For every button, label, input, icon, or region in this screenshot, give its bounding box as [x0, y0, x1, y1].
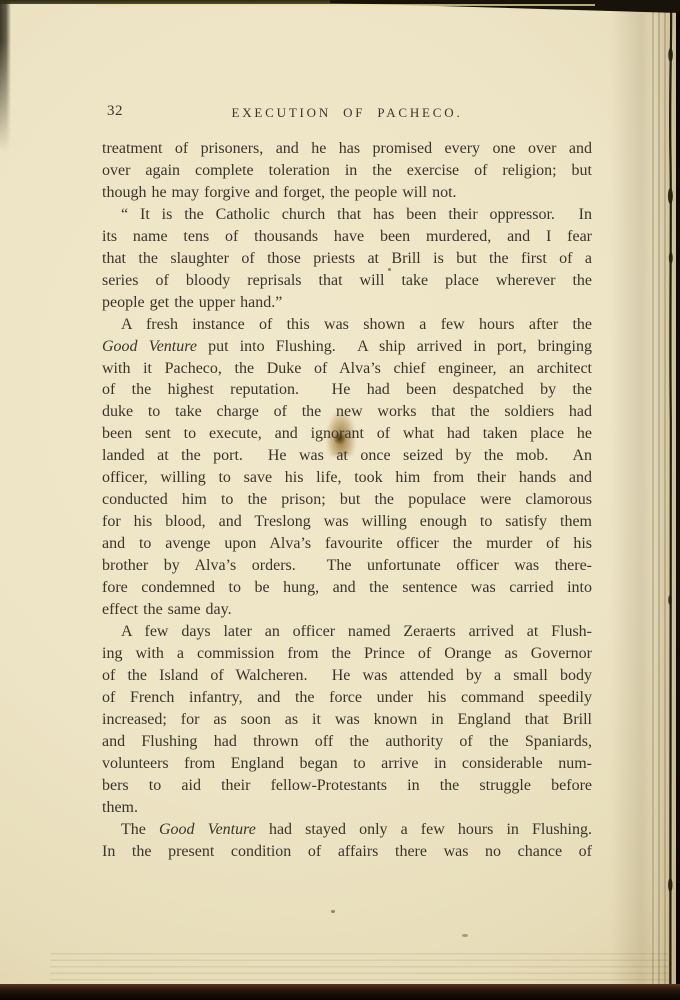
text-line: of the highest reputation. He had been d…: [102, 379, 592, 401]
paragraph: A few days later an officer named Zeraer…: [102, 621, 592, 819]
scan-right-border: [676, 0, 680, 1000]
text-line: conducted him to the prison; but the pop…: [102, 489, 592, 511]
text-line: The Good Venture had stayed only a few h…: [102, 819, 592, 841]
text-line: Good Venture put into Flushing. A ship a…: [102, 336, 592, 358]
text-line: brother by Alva’s orders. The unfortunat…: [102, 555, 592, 577]
text-line: effect the same day.: [102, 599, 592, 621]
paragraph: “ It is the Catholic church that has bee…: [102, 204, 592, 314]
text-line: “ It is the Catholic church that has bee…: [102, 204, 592, 226]
page-top-edge-highlight: [95, 4, 595, 6]
paragraph: The Good Venture had stayed only a few h…: [102, 819, 592, 863]
text-line: of the Island of Walcheren. He was atten…: [102, 665, 592, 687]
text-line: for his blood, and Treslong was willing …: [102, 511, 592, 533]
text-line: treatment of prisoners, and he has promi…: [102, 138, 592, 160]
text-line: series of bloody reprisals that will tak…: [102, 270, 592, 292]
text-line: been sent to execute, and ignorant of wh…: [102, 423, 592, 445]
running-header: EXECUTION OF PACHECO.: [102, 105, 592, 121]
page-header: 32 EXECUTION OF PACHECO.: [102, 103, 592, 123]
text-line: people get the upper hand.”: [102, 292, 592, 314]
text-line: bers to aid their fellow-Protestants in …: [102, 775, 592, 797]
text-line: landed at the port. He was at once seize…: [102, 445, 592, 467]
text-line: with it Pacheco, the Duke of Alva’s chie…: [102, 358, 592, 380]
binding-gutter-shadow: [0, 0, 11, 160]
text-line: them.: [102, 797, 592, 819]
text-line: and to avenge upon Alva’s favourite offi…: [102, 533, 592, 555]
paper-speck: [462, 934, 468, 937]
page-bottom-edges: [50, 948, 672, 984]
text-line: duke to take charge of the new works tha…: [102, 401, 592, 423]
text-line: volunteers from England began to arrive …: [102, 753, 592, 775]
text-line: In the present condition of affairs ther…: [102, 841, 592, 863]
book-scan-page: { "page": { "number": "32", "header": "E…: [0, 0, 680, 1000]
text-line: over again complete toleration in the ex…: [102, 160, 592, 182]
text-line: A fresh instance of this was shown a few…: [102, 314, 592, 336]
scan-bottom-border: [0, 984, 680, 1000]
text-line: officer, willing to save his life, took …: [102, 467, 592, 489]
text-line: its name tens of thousands have been mur…: [102, 226, 592, 248]
text-line: though he may forgive and forget, the pe…: [102, 182, 592, 204]
text-line: that the slaughter of those priests at B…: [102, 248, 592, 270]
text-line: and Flushing had thrown off the authorit…: [102, 731, 592, 753]
paragraph: A fresh instance of this was shown a few…: [102, 314, 592, 621]
text-line: of French infantry, and the force under …: [102, 687, 592, 709]
text-line: fore condemned to be hung, and the sente…: [102, 577, 592, 599]
body-text: treatment of prisoners, and he has promi…: [102, 138, 592, 862]
text-line: increased; for as soon as it was known i…: [102, 709, 592, 731]
paper-speck: [331, 910, 335, 913]
text-line: A few days later an officer named Zeraer…: [102, 621, 592, 643]
paragraph: treatment of prisoners, and he has promi…: [102, 138, 592, 204]
text-line: ing with a commission from the Prince of…: [102, 643, 592, 665]
